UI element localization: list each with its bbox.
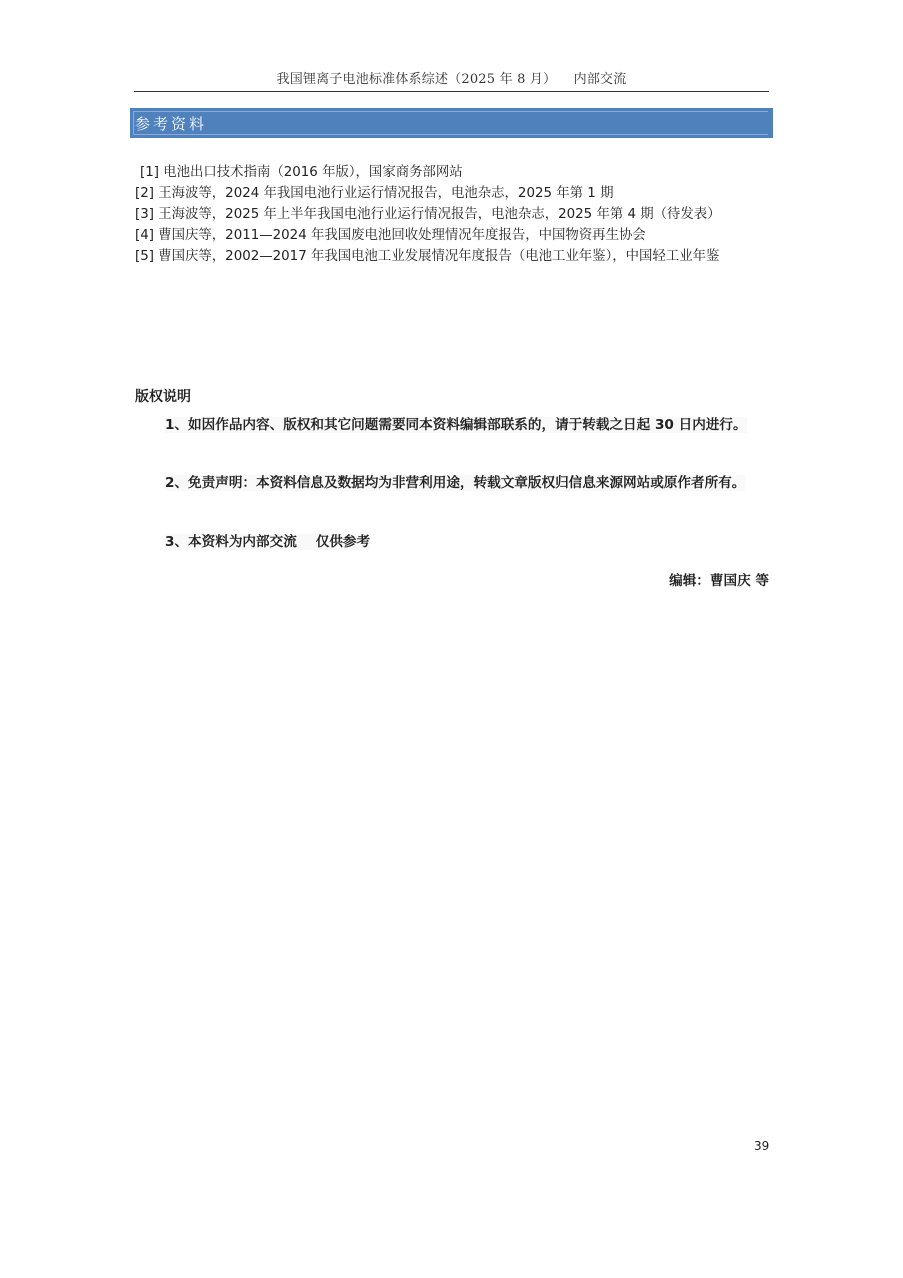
reference-item: [5] 曹国庆等，2002—2017 年我国电池工业发展情况年度报告（电池工业年… [135,246,773,267]
editor-credit: 编辑：曹国庆 等 [669,569,769,589]
reference-item: [1] 电池出口技术指南（2016 年版），国家商务部网站 [135,162,773,183]
section-bar-inner-border [133,111,768,135]
copyright-item: 3、本资料为内部交流 仅供参考 [135,532,771,553]
section-heading-bar: 参考资料 [130,108,773,138]
reference-item: [3] 王海波等，2025 年上半年我国电池行业运行情况报告，电池杂志，2025… [135,204,773,225]
copyright-item: 2、免责声明：本资料信息及数据均为非营利用途，转载文章版权归信息来源网站或原作者… [135,473,771,494]
copyright-text: 3、本资料为内部交流 仅供参考 [165,534,370,550]
header-divider [134,91,769,92]
copyright-item: 1、如因作品内容、版权和其它问题需要同本资料编辑部联系的，请于转载之日起 30 … [135,415,771,436]
section-title: 参考资料 [135,113,207,134]
running-header: 我国锂离子电池标准体系综述（2025 年 8 月） 内部交流 [134,68,769,87]
copyright-text: 1、如因作品内容、版权和其它问题需要同本资料编辑部联系的，请于转载之日起 30 … [165,417,747,433]
copyright-text: 2、免责声明：本资料信息及数据均为非营利用途，转载文章版权归信息来源网站或原作者… [165,475,745,491]
reference-list: [1] 电池出口技术指南（2016 年版），国家商务部网站 [2] 王海波等，2… [135,162,773,267]
copyright-title: 版权说明 [135,386,191,406]
page-number: 39 [754,1139,769,1153]
reference-item: [2] 王海波等，2024 年我国电池行业运行情况报告，电池杂志，2025 年第… [135,183,773,204]
reference-item: [4] 曹国庆等，2011—2024 年我国废电池回收处理情况年度报告，中国物资… [135,225,773,246]
